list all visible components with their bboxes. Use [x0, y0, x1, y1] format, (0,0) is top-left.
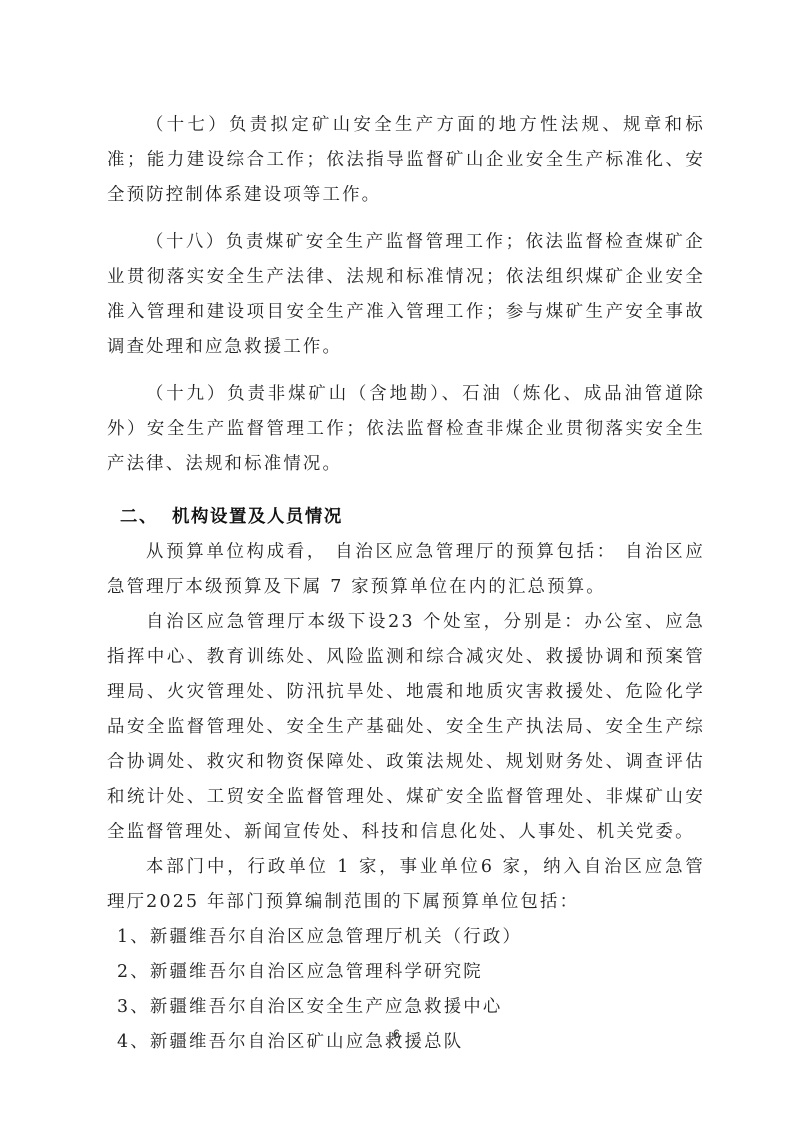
paragraph-departments: 自治区应急管理厅本级下设23 个处室，分别是：办公室、应急指挥中心、教育训练处、…	[107, 605, 705, 850]
section-heading-title: 机构设置及人员情况	[172, 507, 343, 527]
list-item: 1、新疆维吾尔自治区应急管理厅机关（行政）	[107, 920, 705, 955]
section-heading-number: 二、	[120, 507, 158, 527]
paragraph-item-18: （十八）负责煤矿安全生产监督管理工作；依法监督检查煤矿企业贯彻落实安全生产法律、…	[107, 225, 705, 365]
paragraph-item-17: （十七）负责拟定矿山安全生产方面的地方性法规、规章和标准；能力建设综合工作；依法…	[107, 108, 705, 213]
page-number: 6	[0, 1027, 793, 1041]
list-item: 2、新疆维吾尔自治区应急管理科学研究院	[107, 955, 705, 990]
document-page: （十七）负责拟定矿山安全生产方面的地方性法规、规章和标准；能力建设综合工作；依法…	[0, 0, 793, 1122]
paragraph-unit-count: 本部门中，行政单位 1 家，事业单位6 家，纳入自治区应急管理厅2025 年部门…	[107, 850, 705, 920]
paragraph-spacer	[107, 213, 705, 225]
paragraph-budget-composition: 从预算单位构成看， 自治区应急管理厅的预算包括： 自治区应急管理厅本级预算及下属…	[107, 535, 705, 605]
paragraph-item-19: （十九）负责非煤矿山（含地勘）、石油（炼化、成品油管道除外）安全生产监督管理工作…	[107, 377, 705, 482]
paragraph-spacer	[107, 482, 705, 494]
page-body: （十七）负责拟定矿山安全生产方面的地方性法规、规章和标准；能力建设综合工作；依法…	[107, 108, 705, 1060]
section-heading: 二、机构设置及人员情况	[107, 500, 705, 535]
paragraph-spacer	[107, 365, 705, 377]
list-item: 3、新疆维吾尔自治区安全生产应急救援中心	[107, 990, 705, 1025]
